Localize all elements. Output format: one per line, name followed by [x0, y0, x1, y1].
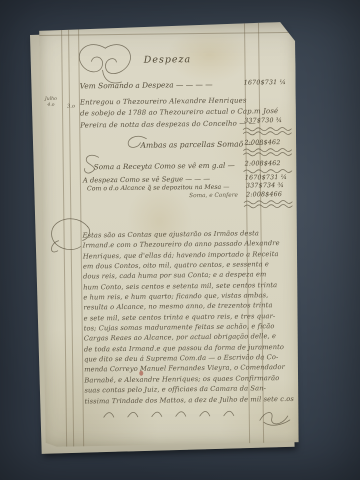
- sum-rule-squiggle-icon: [244, 200, 296, 209]
- amount-column-rule-left: [244, 22, 250, 444]
- certificate-line: Cargas Reaes ao Alcance, por actual obri…: [84, 332, 252, 344]
- recap-balance-amount: 337$734 ¾: [246, 182, 284, 189]
- page-title: Despeza: [127, 54, 207, 66]
- margin-column-rule-2: [68, 25, 74, 447]
- margin-date-line2: 4.o: [41, 102, 61, 108]
- sum-rule-squiggle-icon: [244, 169, 296, 174]
- certificate-line: e sete mil, sete centos trinta e quatro …: [84, 311, 252, 323]
- heart-calligraphic-flourish-icon: [69, 40, 140, 89]
- margin-folio-number: 3.o: [64, 104, 78, 110]
- recap-balance-line: Com o d.o Alcance q̃ se depozitou na Mes…: [87, 184, 229, 193]
- header-rule: [39, 32, 295, 36]
- entry-line: de sobejo de 1788 ao Thezoureiro actual …: [80, 107, 246, 120]
- certificate-line: e hum reis, e hum quarto; ficando que, v…: [83, 290, 251, 302]
- recap-total-amount: 2:008$466: [246, 191, 282, 198]
- certificate-line: menda Correyo Manuel Fernandes Vieyra, o…: [84, 363, 252, 375]
- amount-column-rule-right: [258, 22, 264, 444]
- closing-squiggle-icon: [102, 406, 252, 420]
- entry-line: Pereira de notta das despezas do Concelh…: [80, 118, 246, 131]
- certificate-line: Henriques, que d'ellas dá; havendo impor…: [83, 249, 251, 261]
- certificate-line: tos; Cujas somas maduramente feitas se a…: [84, 322, 252, 334]
- soma-initial-flourish-icon: [81, 153, 103, 173]
- manuscript-page: Despeza Vem Somando a Despeza — — — — 16…: [39, 22, 300, 447]
- recap-receipt-amount: 2:008$462: [245, 160, 281, 167]
- carry-forward-amount: 1670$731 ¼: [244, 79, 286, 87]
- certificate-line: que dito se deu á Suprema Com.da — o Esc…: [84, 353, 252, 365]
- recap-confere-line: Soma, e Confere: [189, 193, 238, 200]
- red-ink-mark: [139, 371, 143, 376]
- certificate-line: suas contas pelo Juiz, e officiaes da Ca…: [84, 384, 252, 396]
- carry-forward-line: Vem Somando a Despeza — — — —: [80, 80, 213, 91]
- certificate-line: resulta o Alcance, no mesmo anno, de tre…: [83, 301, 251, 313]
- parcels-sum-line: Ambas as parcellas Somaõ — —: [140, 139, 263, 149]
- margin-date-note: Julho 4.o: [41, 97, 61, 108]
- certificate-paragraph: Estas são as Contas que ajustarão os Irm…: [83, 228, 253, 406]
- parcels-sum-flourish-icon: [124, 135, 148, 149]
- margin-column-rule-3: [78, 25, 84, 447]
- parcels-sum-amount: 2:008$462: [244, 139, 280, 146]
- ledger-entry: Entregou o Thezoureiro Alexandre Henriqu…: [80, 95, 246, 131]
- notary-paraph-icon: [258, 408, 292, 428]
- margin-date-line1: Julho: [41, 97, 61, 103]
- certificate-line: hum Conto, seis centos e setenta mil, se…: [83, 280, 251, 292]
- certificate-line: Barnabé, e Alexandre Henriques; os quaes…: [84, 373, 252, 385]
- sum-rule-squiggle-icon: [243, 127, 295, 136]
- recap-expense-line: A despeza Como se vê Segue — — —: [83, 175, 210, 185]
- margin-column-rule-1: [61, 25, 67, 447]
- certificate-line: Estas são as Contas que ajustarão os Irm…: [83, 228, 251, 240]
- recap-receipt-line: Soma a Receyta Como se vê em g.al —: [94, 161, 235, 172]
- sum-rule-squiggle-icon: [244, 148, 296, 157]
- certificate-line: de toda esta Irmand.e que passou da form…: [84, 342, 252, 354]
- certificate-line: Irmand.e com o Thezoureiro do anno passa…: [83, 239, 251, 251]
- recap-expense-amount: 1670$731 ¼: [245, 174, 287, 182]
- certificate-line: dous reis, cada huma por sua Conta; e a …: [83, 270, 251, 282]
- certificate-line: em dous Contos, oito mil, quatro centos,…: [83, 259, 251, 271]
- manuscript-photo-background: Despeza Vem Somando a Despeza — — — — 16…: [0, 0, 360, 480]
- certificate-line: tissima Trindade dos Mattos, a dez de Ju…: [85, 394, 253, 406]
- entry-amount: 337$730 ¾: [244, 117, 282, 124]
- paragraph-initial-flourish-icon: [45, 216, 94, 259]
- entry-line: Entregou o Thezoureiro Alexandre Henriqu…: [80, 95, 246, 108]
